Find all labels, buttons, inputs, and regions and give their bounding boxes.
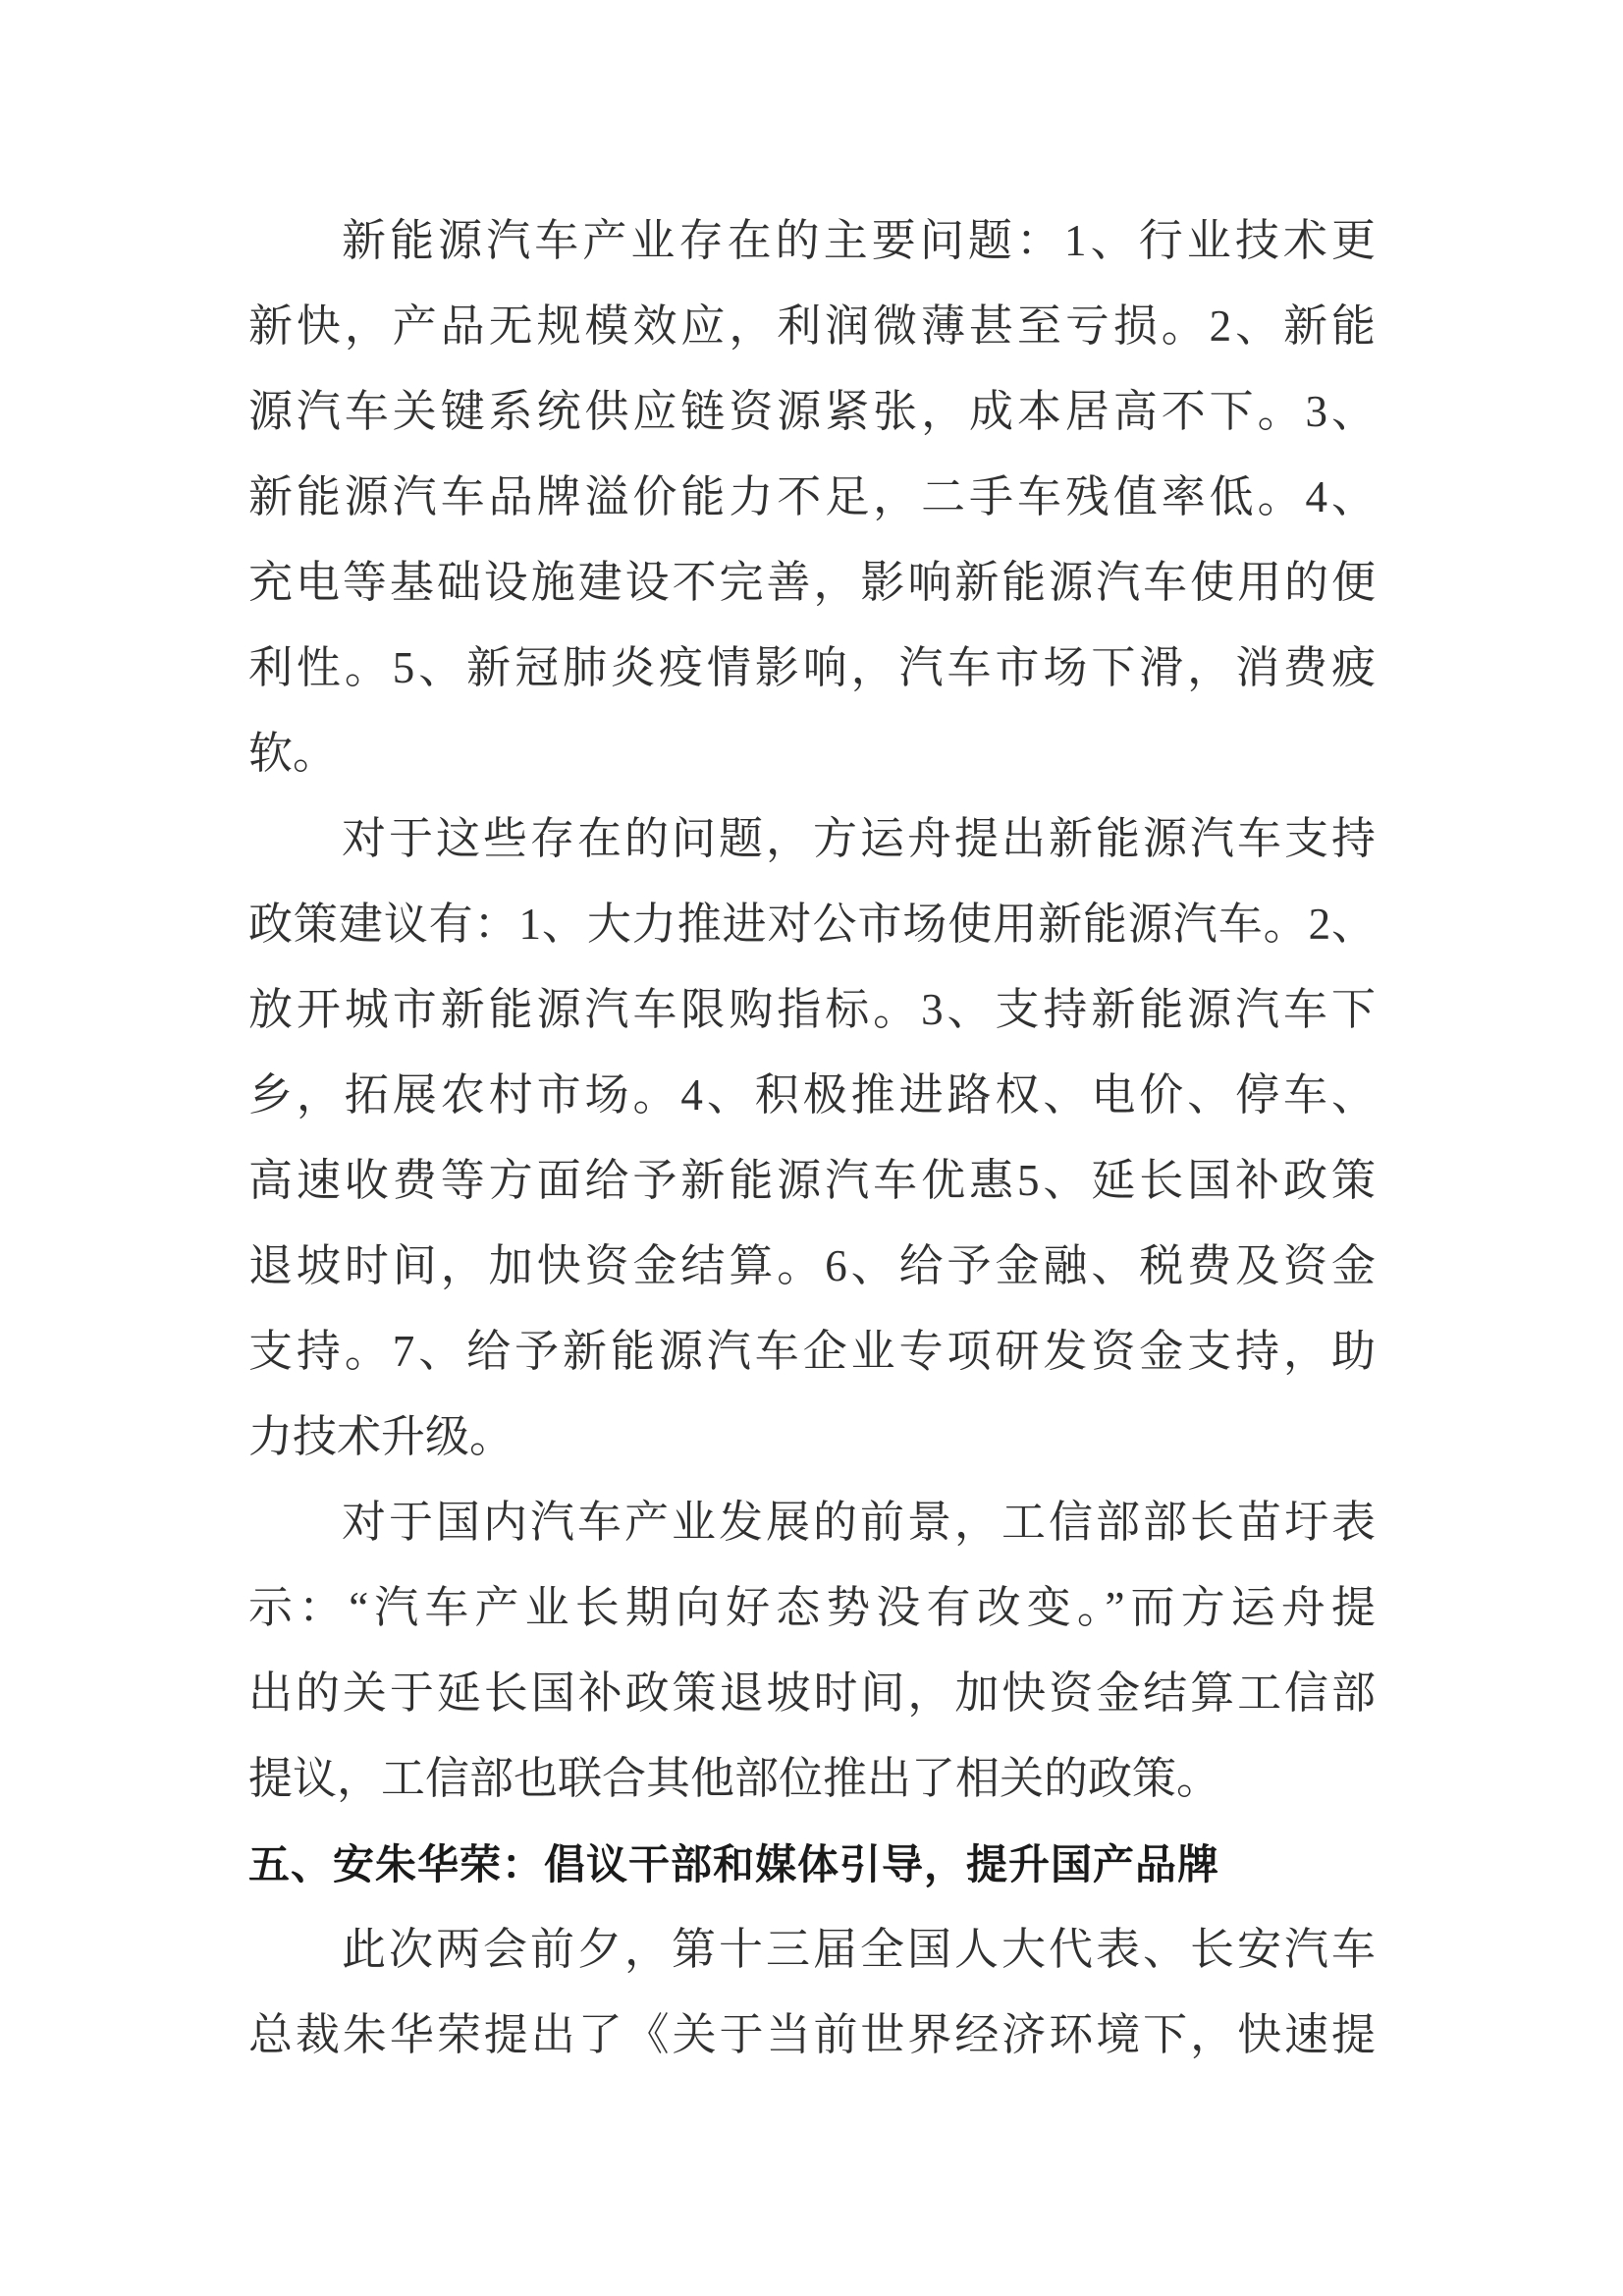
- body-text-line: 对于国内汽车产业发展的前景，工信部部长苗圩表: [248, 1480, 1376, 1565]
- body-text-line: 源汽车关键系统供应链资源紧张，成本居高不下。3、: [248, 369, 1376, 455]
- body-text-line: 支持。7、给予新能源汽车企业专项研发资金支持，助: [248, 1309, 1376, 1394]
- body-text-line: 出的关于延长国补政策退坡时间，加快资金结算工信部: [248, 1651, 1376, 1736]
- body-text-line: 示：“汽车产业长期向好态势没有改变。”而方运舟提: [248, 1565, 1376, 1651]
- body-text-line: 新快，产品无规模效应，利润微薄甚至亏损。2、新能: [248, 284, 1376, 369]
- body-text-line: 此次两会前夕，第十三届全国人大代表、长安汽车: [248, 1907, 1376, 1993]
- section-heading: 五、安朱华荣：倡议干部和媒体引导，提升国产品牌: [248, 1822, 1376, 1907]
- body-text-line: 利性。5、新冠肺炎疫情影响，汽车市场下滑，消费疲: [248, 626, 1376, 711]
- body-text-line: 软。: [248, 711, 1376, 796]
- body-text-line: 对于这些存在的问题，方运舟提出新能源汽车支持: [248, 796, 1376, 882]
- body-text-line: 力技术升级。: [248, 1394, 1376, 1480]
- body-text-line: 总裁朱华荣提出了《关于当前世界经济环境下，快速提: [248, 1993, 1376, 2078]
- document-page: { "page": { "background": "#ffffff", "bo…: [0, 0, 1623, 2296]
- body-text-line: 新能源汽车产业存在的主要问题：1、行业技术更: [248, 198, 1376, 284]
- body-text-line: 乡，拓展农村市场。4、积极推进路权、电价、停车、: [248, 1053, 1376, 1138]
- text-column: 新能源汽车产业存在的主要问题：1、行业技术更新快，产品无规模效应，利润微薄甚至亏…: [248, 198, 1376, 2078]
- body-text-line: 提议，工信部也联合其他部位推出了相关的政策。: [248, 1736, 1376, 1822]
- body-text-line: 放开城市新能源汽车限购指标。3、支持新能源汽车下: [248, 967, 1376, 1053]
- body-text-line: 退坡时间，加快资金结算。6、给予金融、税费及资金: [248, 1224, 1376, 1309]
- body-text-line: 政策建议有：1、大力推进对公市场使用新能源汽车。2、: [248, 882, 1376, 967]
- body-text-line: 新能源汽车品牌溢价能力不足，二手车残值率低。4、: [248, 455, 1376, 540]
- body-text-line: 高速收费等方面给予新能源汽车优惠5、延长国补政策: [248, 1138, 1376, 1224]
- body-text-line: 充电等基础设施建设不完善，影响新能源汽车使用的便: [248, 540, 1376, 626]
